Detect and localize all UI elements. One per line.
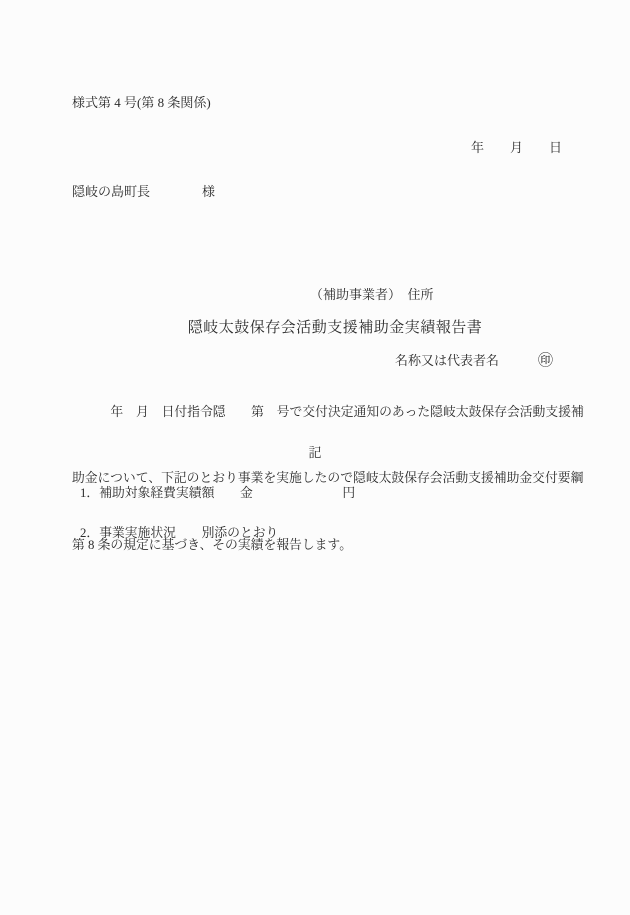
form-number: 様式第 4 号(第 8 条関係): [72, 94, 211, 112]
record-marker: 記: [0, 444, 630, 462]
body-paragraph: 年 月 日付指令隠 第 号で交付決定通知のあった隠岐太鼓保存会活動支援補 助金に…: [72, 356, 602, 601]
document-title: 隠岐太鼓保存会活動支援補助金実績報告書: [0, 318, 630, 338]
document-page: 様式第 4 号(第 8 条関係) 年 月 日 隠岐の島町長 様 （補助事業者） …: [0, 0, 630, 915]
addressee-line: 隠岐の島町長 様: [72, 183, 215, 201]
applicant-address-line: （補助事業者） 住所: [310, 284, 553, 306]
item-subsidy-expense-amount: 1．補助対象経費実績額 金 円: [80, 484, 355, 502]
date-blank-line: 年 月 日: [471, 139, 562, 157]
item-project-implementation-status: 2．事業実施状況 別添のとおり: [80, 524, 278, 542]
body-line-1: 年 月 日付指令隠 第 号で交付決定通知のあった隠岐太鼓保存会活動支援補: [72, 401, 602, 423]
